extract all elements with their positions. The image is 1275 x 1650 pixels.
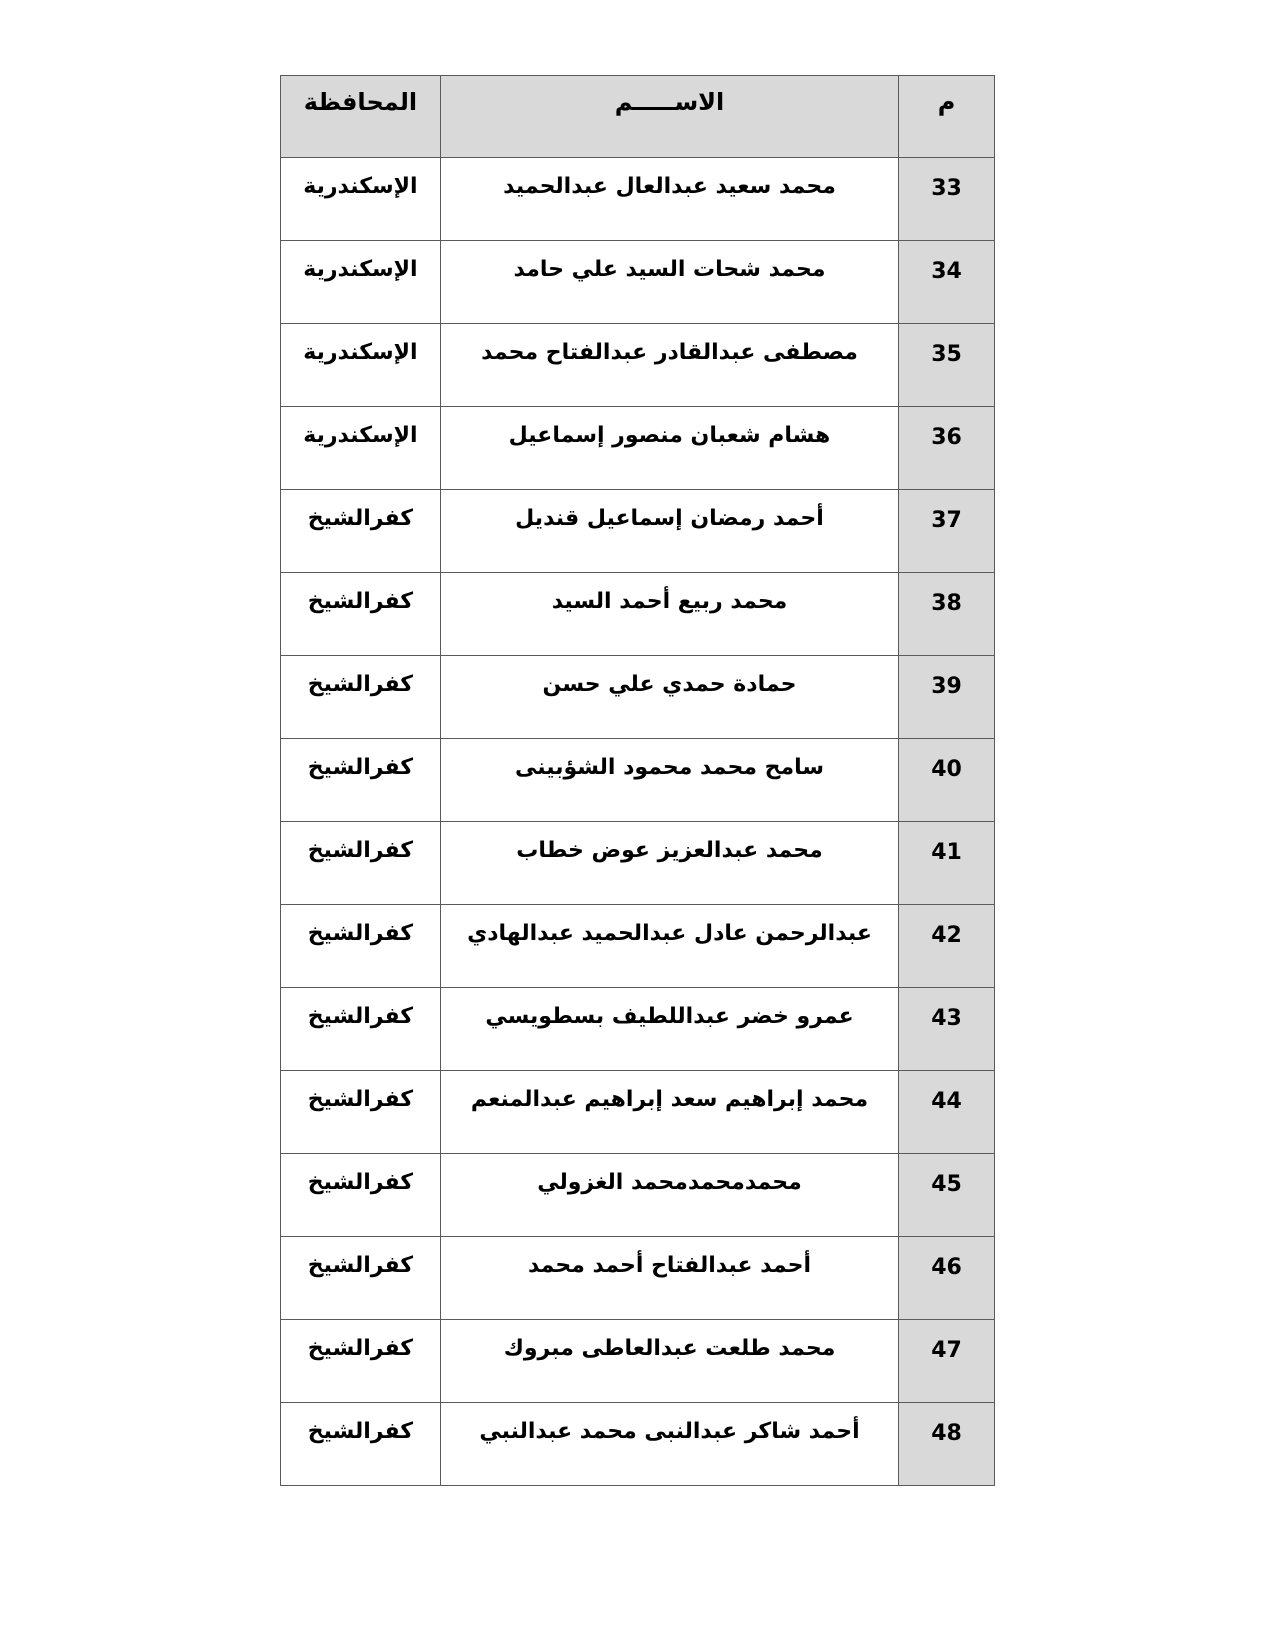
governorate-cell: الإسكندرية: [281, 158, 441, 241]
number-cell: 38: [899, 573, 995, 656]
table-row: كفرالشيخ محمدمحمدمحمد الغزولي 45: [281, 1154, 995, 1237]
governorate-cell: كفرالشيخ: [281, 1071, 441, 1154]
governorate-cell: الإسكندرية: [281, 407, 441, 490]
governorate-cell: الإسكندرية: [281, 241, 441, 324]
name-cell: أحمد عبدالفتاح أحمد محمد: [440, 1237, 898, 1320]
number-cell: 34: [899, 241, 995, 324]
number-cell: 41: [899, 822, 995, 905]
name-cell: أحمد رمضان إسماعيل قنديل: [440, 490, 898, 573]
name-cell: سامح محمد محمود الشؤبينى: [440, 739, 898, 822]
table-row: كفرالشيخ سامح محمد محمود الشؤبينى 40: [281, 739, 995, 822]
number-cell: 35: [899, 324, 995, 407]
name-cell: محمد عبدالعزيز عوض خطاب: [440, 822, 898, 905]
table-row: كفرالشيخ عبدالرحمن عادل عبدالحميد عبداله…: [281, 905, 995, 988]
number-cell: 39: [899, 656, 995, 739]
governorate-cell: كفرالشيخ: [281, 573, 441, 656]
governorate-cell: الإسكندرية: [281, 324, 441, 407]
table-row: كفرالشيخ حمادة حمدي علي حسن 39: [281, 656, 995, 739]
table-row: كفرالشيخ أحمد شاكر عبدالنبى محمد عبدالنب…: [281, 1403, 995, 1486]
governorate-cell: كفرالشيخ: [281, 1154, 441, 1237]
number-cell: 33: [899, 158, 995, 241]
table-row: كفرالشيخ محمد طلعت عبدالعاطى مبروك 47: [281, 1320, 995, 1403]
names-table: المحافظة الاســـــم م الإسكندرية محمد سع…: [280, 75, 995, 1486]
number-cell: 47: [899, 1320, 995, 1403]
table-row: الإسكندرية هشام شعبان منصور إسماعيل 36: [281, 407, 995, 490]
number-cell: 36: [899, 407, 995, 490]
governorate-cell: كفرالشيخ: [281, 822, 441, 905]
table-row: كفرالشيخ عمرو خضر عبداللطيف بسطويسي 43: [281, 988, 995, 1071]
table-row: كفرالشيخ محمد إبراهيم سعد إبراهيم عبدالم…: [281, 1071, 995, 1154]
name-cell: مصطفى عبدالقادر عبدالفتاح محمد: [440, 324, 898, 407]
header-name: الاســـــم: [440, 76, 898, 158]
name-cell: عبدالرحمن عادل عبدالحميد عبدالهادي: [440, 905, 898, 988]
header-row: المحافظة الاســـــم م: [281, 76, 995, 158]
governorate-cell: كفرالشيخ: [281, 656, 441, 739]
name-cell: حمادة حمدي علي حسن: [440, 656, 898, 739]
name-cell: محمد طلعت عبدالعاطى مبروك: [440, 1320, 898, 1403]
name-cell: محمد شحات السيد علي حامد: [440, 241, 898, 324]
name-cell: محمد سعيد عبدالعال عبدالحميد: [440, 158, 898, 241]
governorate-cell: كفرالشيخ: [281, 1320, 441, 1403]
governorate-cell: كفرالشيخ: [281, 1237, 441, 1320]
table-row: كفرالشيخ أحمد عبدالفتاح أحمد محمد 46: [281, 1237, 995, 1320]
header-governorate: المحافظة: [281, 76, 441, 158]
name-cell: هشام شعبان منصور إسماعيل: [440, 407, 898, 490]
name-cell: محمد ربيع أحمد السيد: [440, 573, 898, 656]
number-cell: 45: [899, 1154, 995, 1237]
number-cell: 44: [899, 1071, 995, 1154]
number-cell: 40: [899, 739, 995, 822]
number-cell: 42: [899, 905, 995, 988]
number-cell: 43: [899, 988, 995, 1071]
governorate-cell: كفرالشيخ: [281, 1403, 441, 1486]
number-cell: 48: [899, 1403, 995, 1486]
governorate-cell: كفرالشيخ: [281, 739, 441, 822]
governorate-cell: كفرالشيخ: [281, 905, 441, 988]
table-row: الإسكندرية محمد شحات السيد علي حامد 34: [281, 241, 995, 324]
table-row: كفرالشيخ محمد عبدالعزيز عوض خطاب 41: [281, 822, 995, 905]
name-cell: محمد إبراهيم سعد إبراهيم عبدالمنعم: [440, 1071, 898, 1154]
header-number: م: [899, 76, 995, 158]
number-cell: 37: [899, 490, 995, 573]
name-cell: أحمد شاكر عبدالنبى محمد عبدالنبي: [440, 1403, 898, 1486]
table-row: الإسكندرية مصطفى عبدالقادر عبدالفتاح محم…: [281, 324, 995, 407]
name-cell: محمدمحمدمحمد الغزولي: [440, 1154, 898, 1237]
table-row: كفرالشيخ أحمد رمضان إسماعيل قنديل 37: [281, 490, 995, 573]
number-cell: 46: [899, 1237, 995, 1320]
table-row: الإسكندرية محمد سعيد عبدالعال عبدالحميد …: [281, 158, 995, 241]
name-cell: عمرو خضر عبداللطيف بسطويسي: [440, 988, 898, 1071]
governorate-cell: كفرالشيخ: [281, 988, 441, 1071]
table-row: كفرالشيخ محمد ربيع أحمد السيد 38: [281, 573, 995, 656]
governorate-cell: كفرالشيخ: [281, 490, 441, 573]
